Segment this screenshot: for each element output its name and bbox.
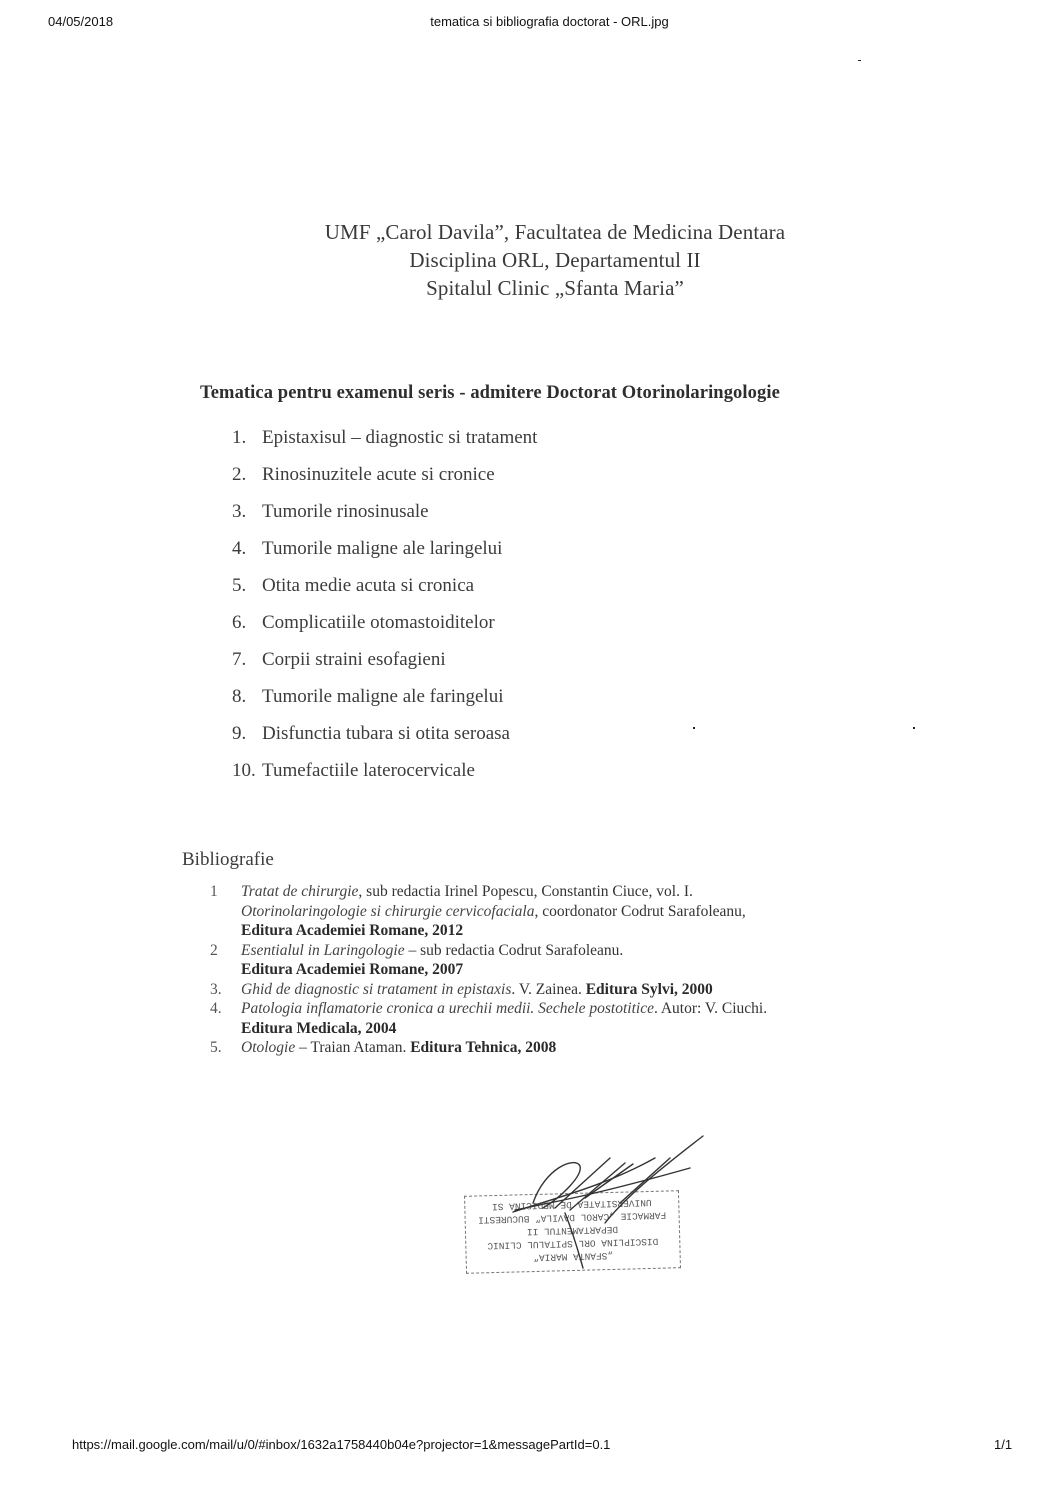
topic-item: 2.Rinosinuzitele acute si cronice [232,462,537,499]
bibliography-title: Otologie [241,1039,295,1056]
topic-text: Tumorile maligne ale laringelui [262,538,502,559]
signature-icon [455,1128,705,1288]
bibliography-publisher: Editura Sylvi, 2000 [586,981,713,998]
topic-item: 8.Tumorile maligne ale faringelui [232,684,537,721]
source-url: https://mail.google.com/mail/u/0/#inbox/… [72,1437,610,1452]
bibliography-authors: , sub redactia Irinel Popescu, Constanti… [358,883,692,900]
topic-text: Complicatiile otomastoiditelor [262,612,495,633]
bibliography-heading: Bibliografie [182,849,274,871]
bibliography-publisher: Editura Tehnica, 2008 [410,1039,556,1056]
print-document-title: tematica si bibliografia doctorat - ORL.… [0,14,1059,29]
bibliography-publisher: Editura Academiei Romane, 2007 [241,961,463,978]
scan-speck [913,727,915,729]
institution-hospital: Spitalul Clinic „Sfanta Maria” [210,274,900,302]
topic-text: Tumorile maligne ale faringelui [262,686,504,707]
bibliography-coordinator: , coordonator Codrut Sarafoleanu, [534,903,745,920]
topic-number: 2. [232,462,262,488]
bibliography-title: Patologia inflamatorie cronica a urechii… [241,1000,654,1017]
print-footer: https://mail.google.com/mail/u/0/#inbox/… [0,1437,1059,1457]
topic-text: Epistaxisul – diagnostic si tratament [262,427,537,448]
topic-text: Corpii straini esofagieni [262,649,446,670]
page-number: 1/1 [994,1437,1012,1452]
scan-speck [693,727,695,729]
topic-item: 6.Complicatiile otomastoiditelor [232,610,537,647]
topic-number: 5. [232,573,262,599]
bibliography-authors: . Autor: V. Ciuchi. [654,1000,767,1017]
bibliography-subtitle: Otorinolaringologie si chirurgie cervico… [241,903,534,920]
topic-number: 9. [232,721,262,747]
topic-text: Tumorile rinosinusale [262,501,429,522]
topic-number: 1. [232,425,262,451]
institution-header: UMF „Carol Davila”, Facultatea de Medici… [210,218,900,302]
topics-title: Tematica pentru examenul seris - admiter… [200,383,900,404]
institution-university: UMF „Carol Davila”, Facultatea de Medici… [210,218,900,246]
print-header: 04/05/2018 tematica si bibliografia doct… [0,14,1059,34]
topic-text: Rinosinuzitele acute si cronice [262,464,495,485]
bibliography-number: 4. [210,999,222,1019]
bibliography-authors: . V. Zainea. [511,981,585,998]
topic-number: 4. [232,536,262,562]
bibliography-number: 5. [210,1038,222,1058]
topic-number: 10. [232,758,262,784]
topic-text: Tumefactiile laterocervicale [262,760,475,781]
topic-number: 3. [232,499,262,525]
institution-department: Disciplina ORL, Departamentul II [210,246,900,274]
bibliography-publisher: Editura Academiei Romane, 2012 [241,922,463,939]
topics-list: 1.Epistaxisul – diagnostic si tratament2… [232,425,537,795]
bibliography-list: 1Tratat de chirurgie, sub redactia Irine… [210,882,870,1058]
topic-item: 10.Tumefactiile laterocervicale [232,758,537,795]
bibliography-item: 1Tratat de chirurgie, sub redactia Irine… [210,882,870,941]
topic-item: 7.Corpii straini esofagieni [232,647,537,684]
bibliography-item: 2Esentialul in Laringologie – sub redact… [210,941,870,980]
topic-item: 3.Tumorile rinosinusale [232,499,537,536]
bibliography-authors: – sub redactia Codrut Sarafoleanu. [405,942,624,959]
topic-text: Disfunctia tubara si otita seroasa [262,723,510,744]
bibliography-title: Esentialul in Laringologie [241,942,405,959]
topic-number: 7. [232,647,262,673]
topic-item: 4.Tumorile maligne ale laringelui [232,536,537,573]
bibliography-item: 4.Patologia inflamatorie cronica a urech… [210,999,870,1038]
bibliography-item: 5.Otologie – Traian Ataman. Editura Tehn… [210,1038,870,1058]
topic-number: 6. [232,610,262,636]
topic-item: 9.Disfunctia tubara si otita seroasa [232,721,537,758]
bibliography-publisher: Editura Medicala, 2004 [241,1020,396,1037]
bibliography-number: 3. [210,980,222,1000]
signature-and-stamp: UNIVERSITATEA DE MEDICINA SIFARMACIE „CA… [455,1128,705,1288]
topic-item: 5.Otita medie acuta si cronica [232,573,537,610]
bibliography-title: Ghid de diagnostic si tratament in epist… [241,981,511,998]
scan-speck [858,60,861,61]
bibliography-authors: – Traian Ataman. [295,1039,410,1056]
bibliography-item: 3.Ghid de diagnostic si tratament in epi… [210,980,870,1000]
bibliography-number: 2 [210,941,218,961]
bibliography-number: 1 [210,882,218,902]
bibliography-title: Tratat de chirurgie [241,883,358,900]
topic-text: Otita medie acuta si cronica [262,575,474,596]
topic-item: 1.Epistaxisul – diagnostic si tratament [232,425,537,462]
topic-number: 8. [232,684,262,710]
